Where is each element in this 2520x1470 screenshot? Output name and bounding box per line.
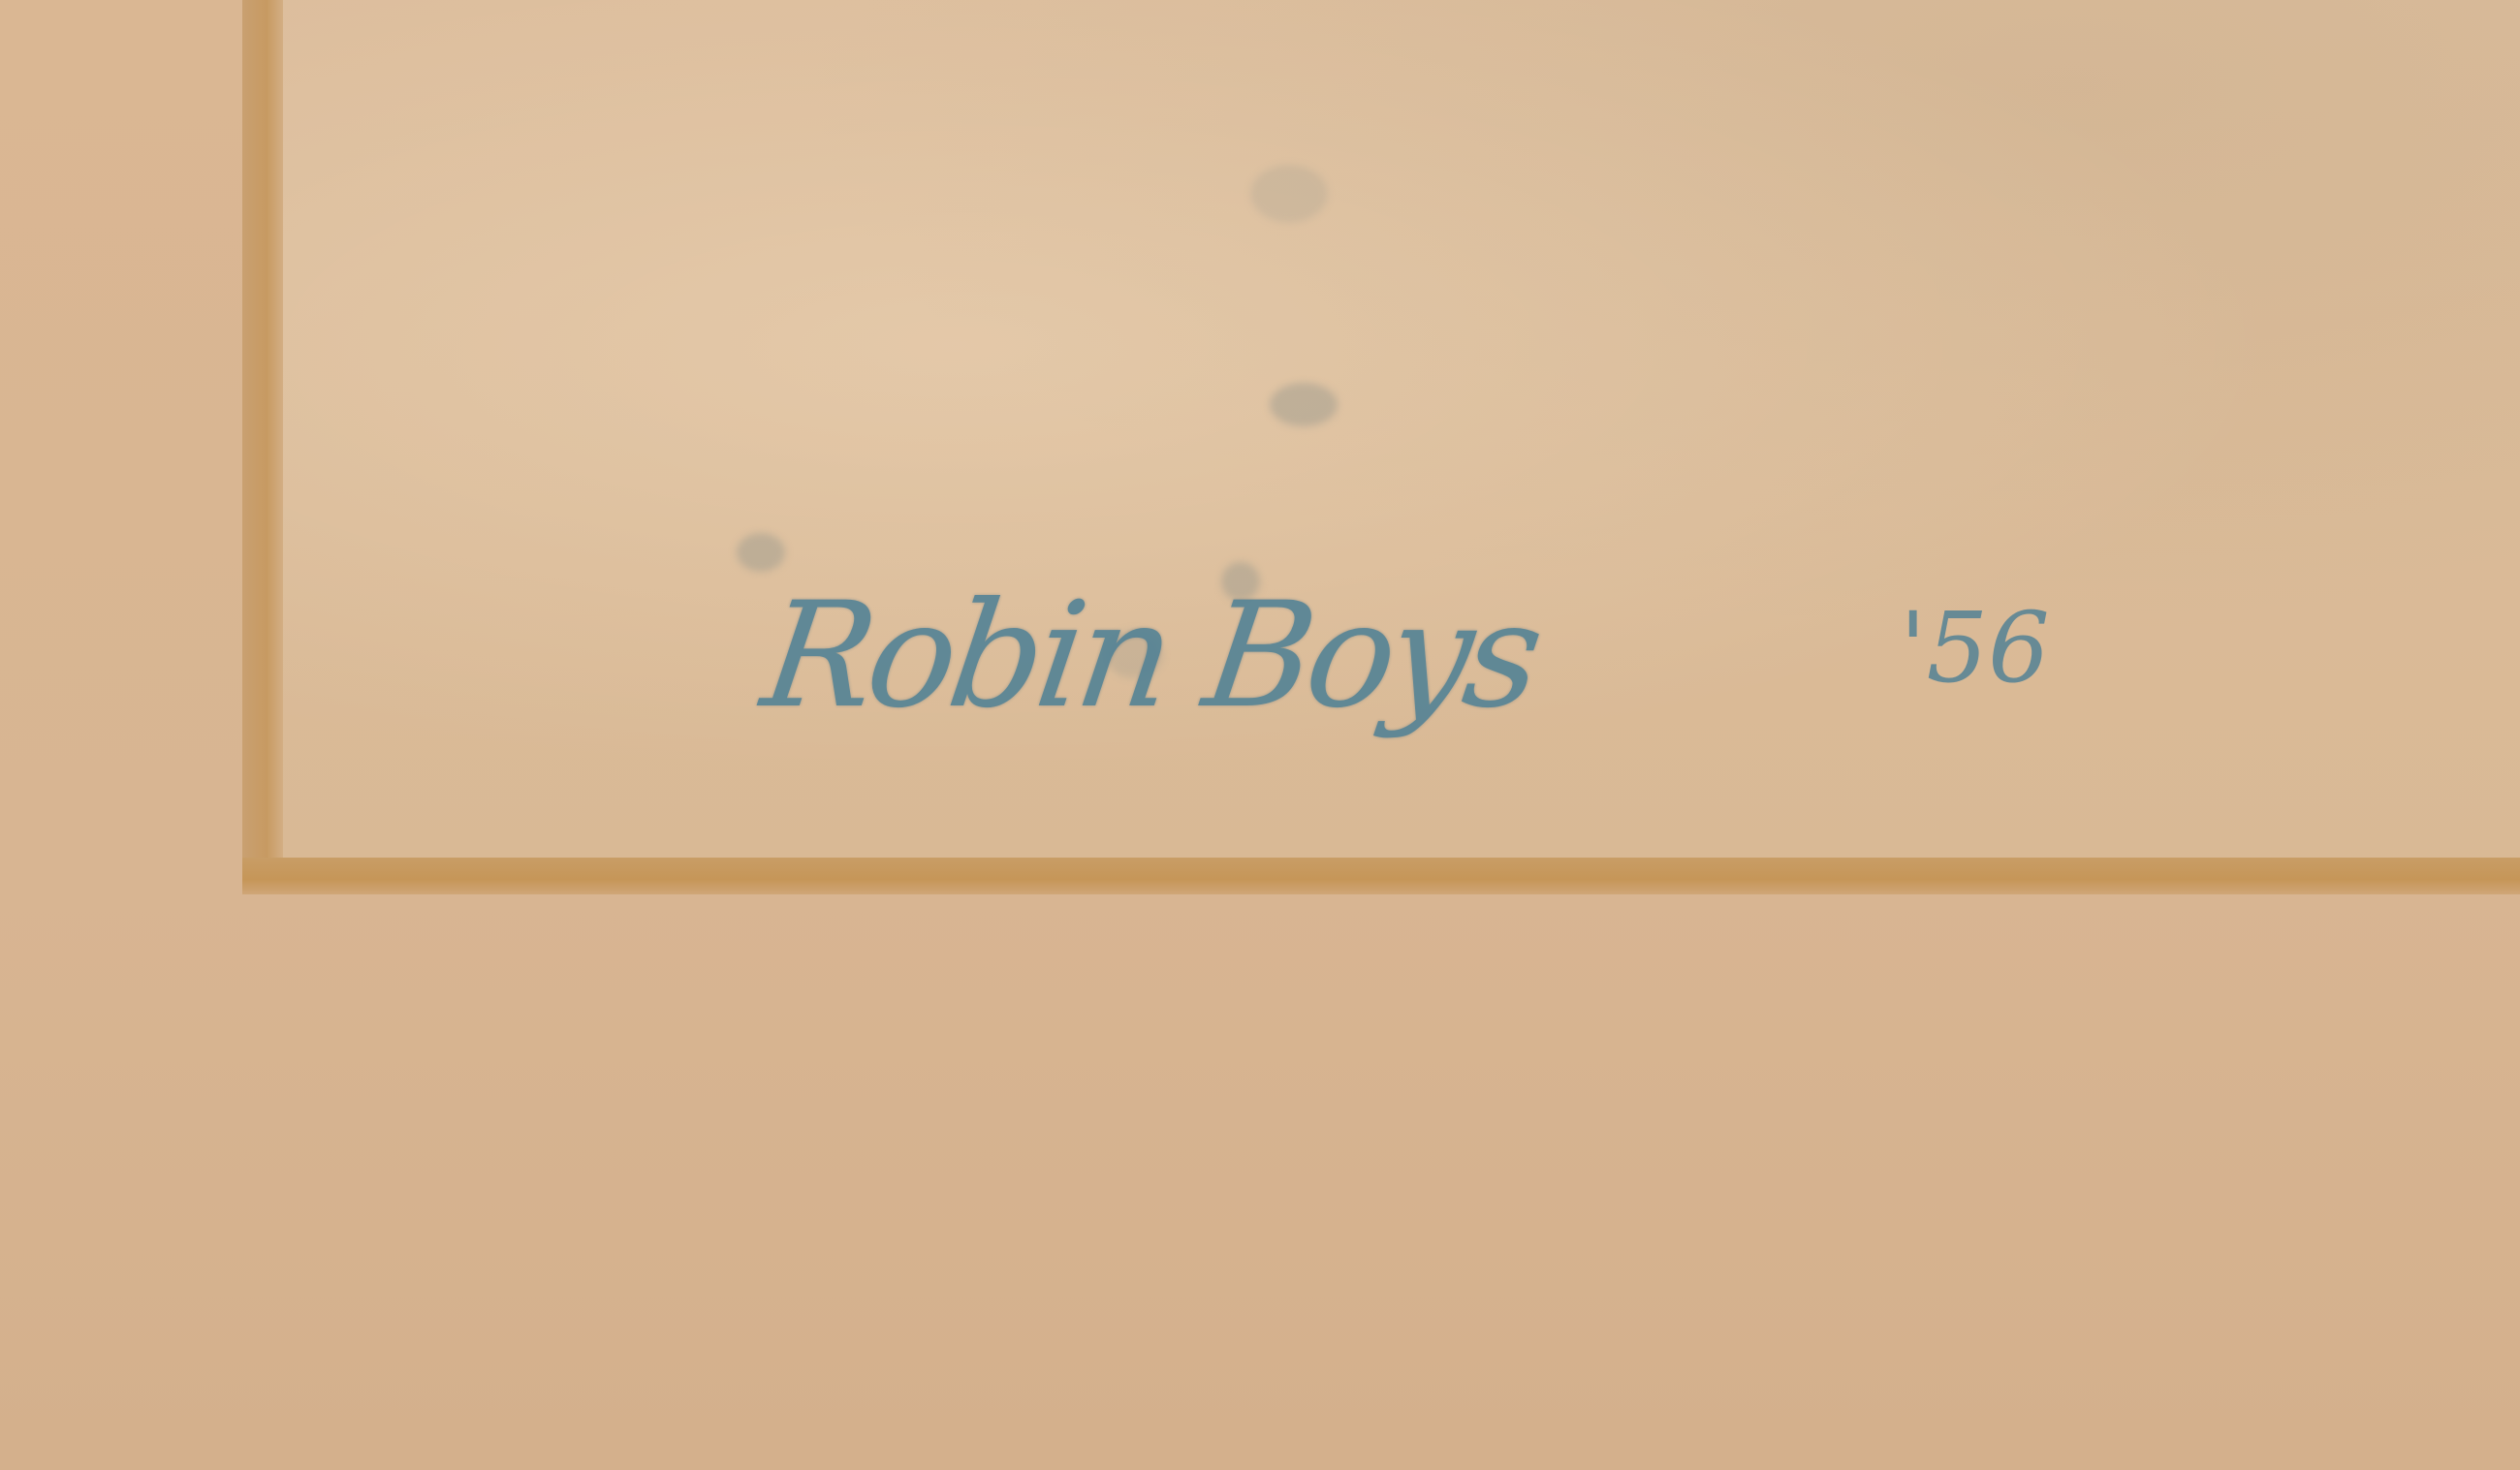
water-spot	[737, 533, 785, 572]
artist-signature: Robin Boys	[754, 572, 1547, 740]
mat-bevel-bottom	[242, 858, 2520, 894]
signature-date: '56	[1900, 591, 2050, 704]
water-spot	[1250, 165, 1328, 223]
mat-bevel-left	[242, 0, 283, 887]
water-spot	[1270, 383, 1338, 426]
